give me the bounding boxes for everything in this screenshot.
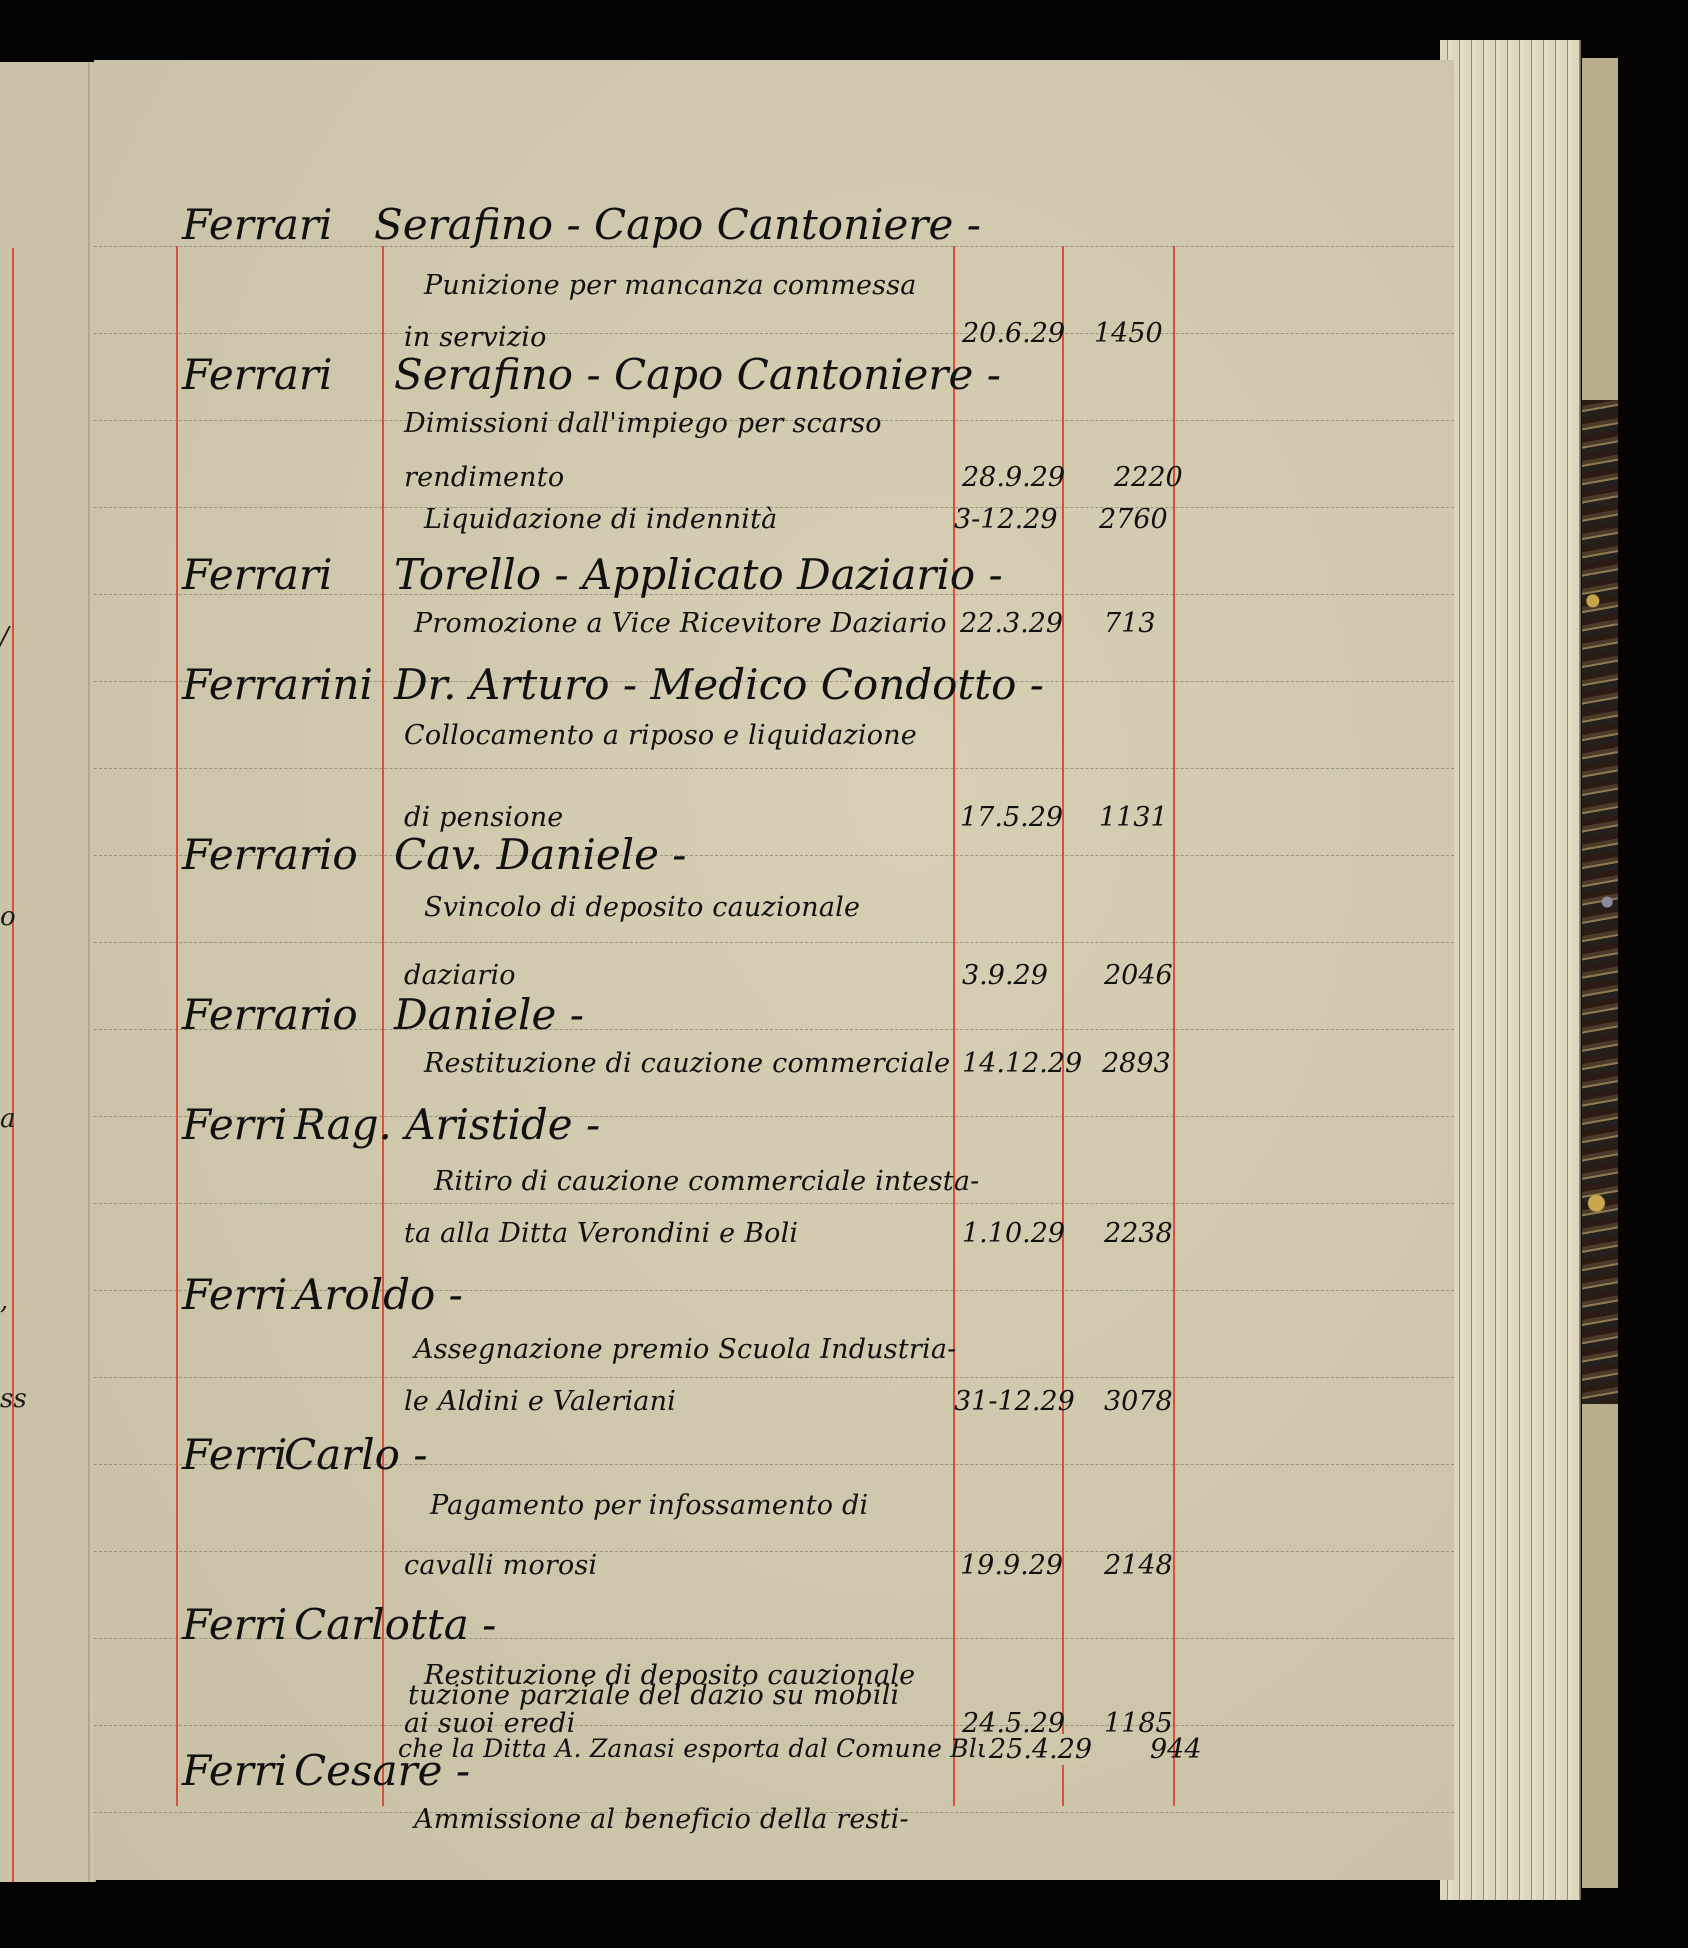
entry-given-name: Rag. Aristide - — [294, 1100, 600, 1149]
entry-number: 713 — [1104, 608, 1224, 639]
entry-description-line: Restituzione di cauzione commerciale — [424, 1048, 950, 1079]
ledger-entries: Ferrari Serafino - Capo Cantoniere - Pun… — [94, 60, 1454, 1880]
margin-mark: , — [0, 1286, 8, 1316]
entry-date: 17.5.29 — [960, 802, 1120, 833]
entry-description-line: Dimissioni dall'impiego per scarso — [404, 408, 882, 439]
entry-given-name: Carlo - — [284, 1430, 428, 1479]
entry-surname: Ferrario — [182, 830, 358, 879]
entry-number: 944 — [1150, 1734, 1202, 1765]
entry-surname: Ferri — [182, 1100, 287, 1149]
entry-given-name: Cav. Daniele - — [394, 830, 687, 879]
entry-description-line: rendimento — [404, 462, 564, 493]
entry-date: 25.4.29 — [985, 1734, 1092, 1765]
entry-description-line: Promozione a Vice Ricevitore Daziario — [414, 608, 947, 639]
entry-surname: Ferri — [182, 1746, 287, 1795]
entry-surname: Ferrari — [182, 200, 332, 249]
entry-surname: Ferrari — [182, 550, 332, 599]
entry-description-line: le Aldini e Valeriani — [404, 1386, 676, 1417]
entry-date: 3.9.29 — [962, 960, 1122, 991]
left-page-fragment: / o a , ss — [0, 62, 92, 1882]
entry-description-line: Assegnazione premio Scuola Industria- — [414, 1334, 956, 1365]
entry-surname: Ferri — [182, 1270, 287, 1319]
entry-number: 2046 — [1104, 960, 1224, 991]
entry-date: 28.9.29 — [962, 462, 1122, 493]
margin-mark: o — [0, 902, 16, 932]
entry-description-line: Punizione per mancanza commessa — [424, 270, 917, 301]
entry-description-line: cavalli morosi — [404, 1550, 597, 1581]
entry-description-line: tuzione parziale del dazio su mobili — [408, 1680, 899, 1711]
entry-description-line: in servizio — [404, 322, 547, 353]
entry-number: 1450 — [1094, 318, 1214, 349]
entry-given-name: Aroldo - — [294, 1270, 463, 1319]
entry-description-line: di pensione — [404, 802, 563, 833]
entry-description-line: Pagamento per infossamento di — [430, 1490, 868, 1521]
entry-number: 2893 — [1102, 1048, 1222, 1079]
entry-description-line: Collocamento a riposo e liquidazione — [404, 720, 917, 751]
page-stack-edge — [1440, 40, 1581, 1900]
entry-date: 14.12.29 — [962, 1048, 1122, 1079]
entry-description-line: Ritiro di cauzione commerciale intesta- — [434, 1166, 979, 1197]
entry-given-name: Daniele - — [394, 990, 584, 1039]
entry-description-line: Ammissione al beneficio della resti- — [414, 1804, 909, 1835]
entry-description-line: Liquidazione di indennità — [424, 504, 777, 535]
entry-number: 2148 — [1104, 1550, 1224, 1581]
entry-given-name: Serafino - Capo Cantoniere - — [394, 350, 1001, 399]
entry-given-name: Carlotta - — [294, 1600, 496, 1649]
margin-mark: a — [0, 1104, 16, 1134]
entry-date: 31-12.29 — [954, 1386, 1114, 1417]
entry-date: 3-12.29 — [954, 504, 1114, 535]
entry-description-line: che la Ditta A. Zanasi esporta dal Comun… — [398, 1734, 1015, 1763]
entry-description-line: daziario — [404, 960, 516, 991]
entry-number: 2238 — [1104, 1218, 1224, 1249]
entry-given-name: Torello - Applicato Daziario - — [394, 550, 1003, 599]
entry-description-line: Svincolo di deposito cauzionale — [424, 892, 860, 923]
entry-description-line: ta alla Ditta Verondini e Boli — [404, 1218, 798, 1249]
entry-number: 3078 — [1104, 1386, 1224, 1417]
entry-date: 1.10.29 — [962, 1218, 1122, 1249]
margin-mark: ss — [0, 1384, 27, 1414]
left-page-red-rule — [12, 248, 14, 1882]
margin-mark: / — [0, 622, 9, 652]
entry-surname: Ferri — [182, 1600, 287, 1649]
entry-surname: Ferrarini — [182, 660, 373, 709]
entry-number: 1131 — [1099, 802, 1219, 833]
entry-surname: Ferri — [182, 1430, 287, 1479]
book-cover-edge — [1582, 58, 1618, 1888]
entry-given-name: Dr. Arturo - Medico Condotto - — [394, 660, 1044, 709]
entry-surname: Ferrari — [182, 350, 332, 399]
marbled-cover-panel — [1582, 400, 1618, 1404]
entry-date: 19.9.29 — [960, 1550, 1120, 1581]
entry-number: 2220 — [1114, 462, 1234, 493]
entry-surname: Ferrario — [182, 990, 358, 1039]
entry-given-name: Serafino - Capo Cantoniere - — [374, 200, 981, 249]
ledger-page: Ferrari Serafino - Capo Cantoniere - Pun… — [94, 60, 1454, 1880]
entry-number: 2760 — [1099, 504, 1219, 535]
entry-date: 22.3.29 — [960, 608, 1120, 639]
